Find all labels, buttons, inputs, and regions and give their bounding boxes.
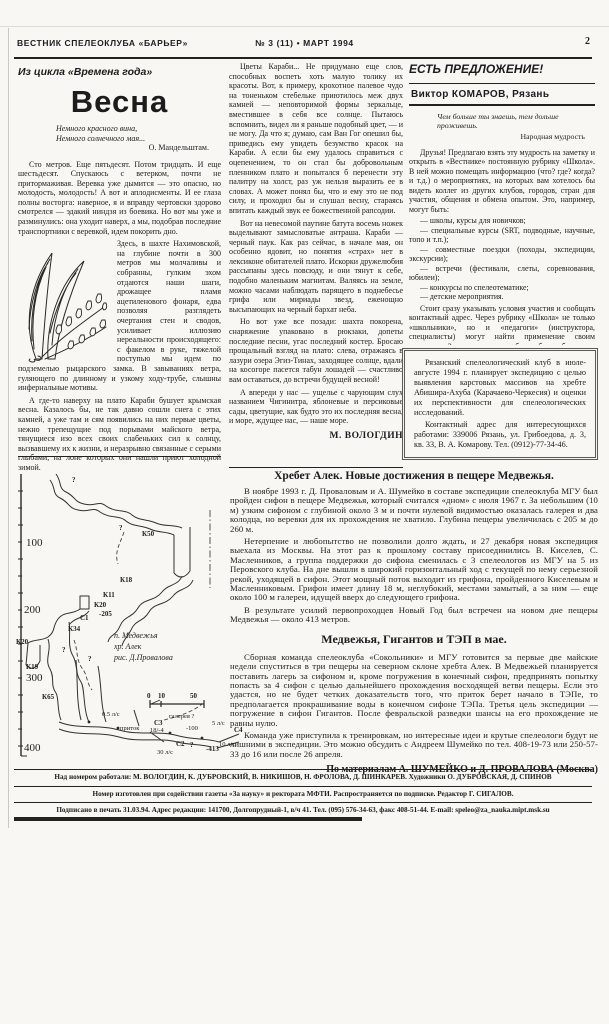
alek-title-1: Хребет Алек. Новые достижения в пещере М…: [230, 470, 598, 482]
map-label-k11: К11: [103, 591, 115, 599]
paragraph: Команда уже приступила к тренировкам, но…: [230, 731, 598, 759]
paragraph: Цветы Караби... Не придумано еще слов, с…: [229, 62, 403, 216]
map-label-question: ?: [62, 646, 66, 654]
map-label-k50: К50: [142, 530, 155, 538]
map-label-minus205: -205: [99, 610, 112, 618]
map-label-c3-value: 18/-4: [150, 727, 164, 734]
alek-title-2: Медвежья, Гигантов и ТЭП в мае.: [230, 632, 598, 647]
map-label-k18: К18: [120, 576, 133, 584]
page-number: 2: [585, 36, 590, 47]
spring-epigraph: Немного красного вина, Немного солнечног…: [56, 124, 221, 153]
map-label-c3: С3: [154, 719, 163, 727]
map-label-question: ?: [190, 741, 194, 749]
column1-bottom-rule: [18, 456, 221, 457]
depth-label-300: 300: [26, 672, 43, 684]
issue-date: № 3 (11) • МАРТ 1994: [255, 38, 354, 48]
map-label-minus413: -413: [206, 745, 219, 753]
epigraph-author: О. Мандельштам.: [56, 143, 209, 153]
map-caption-artist: рис. Д.Провалова: [113, 653, 173, 662]
list-item: — специальные курсы (SRT, подводные, нау…: [409, 226, 595, 245]
cave-profile-drawing: 100 200 300 400 ? ? К50 К18 К11 К20 -205…: [14, 470, 252, 808]
header-rule: [14, 57, 592, 59]
paragraph: В результате усилий первопроходцев Новый…: [230, 606, 598, 625]
article-alek: Хребет Алек. Новые достижения в пещере М…: [230, 470, 598, 775]
scalebar-fifty: 50: [190, 692, 198, 700]
map-label-question: ?: [88, 655, 92, 663]
map-label-k65: К65: [42, 693, 55, 701]
footer-rule: [14, 769, 592, 770]
divider: [409, 104, 595, 106]
depth-label-100: 100: [26, 537, 43, 549]
scalebar-zero: 0: [147, 692, 151, 700]
paragraph: Сборная команда спелеоклуба «Сокольники»…: [230, 653, 598, 728]
paragraph: Друзья! Предлагаю взять эту мудрость на …: [409, 148, 595, 215]
article-title-vesna: Весна: [18, 86, 221, 118]
depth-label-400: 400: [24, 742, 41, 754]
paragraph: Но вот уже все позади: шахта покорена, с…: [229, 317, 403, 384]
paragraph: В ноябре 1993 г. Д. Проваловым и А. Шуме…: [230, 487, 598, 534]
map-label-flow-30: 30 л/с: [157, 749, 173, 756]
divider: [409, 83, 595, 84]
scalebar-ten: 10: [158, 692, 166, 700]
list-item: — детские мероприятия.: [409, 292, 595, 302]
paragraph: А где-то наверху на плато Караби бушует …: [18, 396, 221, 473]
paragraph: Сто метров. Еще пятьдесят. Потом тридцат…: [18, 160, 221, 237]
paragraph: А впереди у нас — ущелье с чарующим слух…: [229, 388, 403, 426]
column2-bottom-rule: [229, 467, 403, 468]
footer-rule: [14, 786, 592, 787]
map-label-minus100: -100: [186, 725, 198, 732]
scan-edge-top: [0, 26, 609, 27]
page-header: ВЕСТНИК СПЕЛЕОКЛУБА «БАРЬЕР» № 3 (11) • …: [17, 36, 592, 52]
map-label-k19: К19: [26, 663, 39, 671]
epigraph-author: Народная мудрость: [437, 132, 585, 141]
map-caption-ridge: хр. Алек: [113, 642, 142, 651]
list-item: — школы, курсы для новичков;: [409, 216, 595, 226]
article-spring-column-2: Цветы Караби... Не придумано еще слов, с…: [229, 62, 403, 441]
newspaper-page: ВЕСТНИК СПЕЛЕОКЛУБА «БАРЬЕР» № 3 (11) • …: [0, 0, 609, 1024]
paragraph: Контактный адрес для интересующихся рабо…: [414, 420, 586, 450]
proposal-title: ЕСТЬ ПРЕДЛОЖЕНИЕ!: [409, 62, 595, 76]
masthead-title: ВЕСТНИК СПЕЛЕОКЛУБА «БАРЬЕР»: [17, 38, 188, 48]
map-label-k20b: К20: [16, 638, 29, 646]
list-item: — встречи (фестивали, слеты, соревновани…: [409, 264, 595, 283]
cave-map-medvezhya: 100 200 300 400 ? ? К50 К18 К11 К20 -205…: [14, 470, 252, 808]
map-label-flow-05: 0.5 л/с: [102, 711, 120, 718]
scan-edge-left: [8, 28, 9, 828]
epigraph-line: Немного красного вина,: [56, 124, 221, 134]
paragraph-with-illustration: Здесь, в шахте Нахимовской, на глубине п…: [18, 239, 221, 393]
lily-of-the-valley-sketch: [18, 241, 112, 363]
expedition-announcement-box: Рязанский спелеологический клуб в июле-а…: [402, 348, 598, 460]
map-label-c2: С2: [176, 740, 185, 748]
map-label-question: ?: [72, 476, 76, 484]
footer-imprint: Подписано в печать 31.03.94. Адрес редак…: [14, 806, 592, 814]
list-item: — совместные поездки (походы, экспедиции…: [409, 245, 595, 264]
footer-publisher: Номер изготовлен при содействии газеты «…: [14, 790, 592, 798]
map-label-question: ?: [119, 524, 123, 532]
article-rubric: Из цикла «Времена года»: [18, 66, 221, 78]
paragraph: Вот на невесомой паутине батута восемь н…: [229, 219, 403, 315]
proposal-author: Виктор КОМАРОВ, Рязань: [411, 89, 595, 100]
map-label-c1: С1: [80, 614, 89, 622]
footer-bottom-bar: [14, 817, 362, 821]
footer-credits: Над номером работали: М. ВОЛОГДИН, К. ДУ…: [14, 773, 592, 781]
map-label-k20: К20: [94, 601, 107, 609]
author-signature: М. ВОЛОГДИН: [229, 431, 403, 441]
map-label-flow-5: 5 л/с: [212, 720, 225, 727]
map-label-pritok: приток: [120, 725, 140, 732]
paragraph: Стоит сразу указывать условия участия и …: [409, 304, 595, 345]
map-caption-cave: п. Медвежья: [114, 631, 158, 640]
map-label-gallery: галерея ?: [169, 713, 194, 720]
epigraph-text: Чем больше ты знаешь, тем дольше проживе…: [437, 112, 595, 131]
map-label-k34: К34: [68, 625, 81, 633]
epigraph-line: Немного солнечного мая...: [56, 134, 221, 144]
list-item: — конкурсы по спелеотематике;: [409, 283, 595, 293]
proposal-epigraph: Чем больше ты знаешь, тем дольше проживе…: [437, 112, 595, 141]
paragraph: Нетерпение и любопытство не позволили до…: [230, 537, 598, 603]
article-spring-column-1: Из цикла «Времена года» Весна Немного кр…: [18, 64, 221, 476]
paragraph: Рязанский спелеологический клуб в июле-а…: [414, 358, 586, 418]
depth-label-200: 200: [24, 604, 41, 616]
footer-rule: [14, 802, 592, 803]
article-proposal: ЕСТЬ ПРЕДЛОЖЕНИЕ! Виктор КОМАРОВ, Рязань…: [409, 62, 595, 345]
